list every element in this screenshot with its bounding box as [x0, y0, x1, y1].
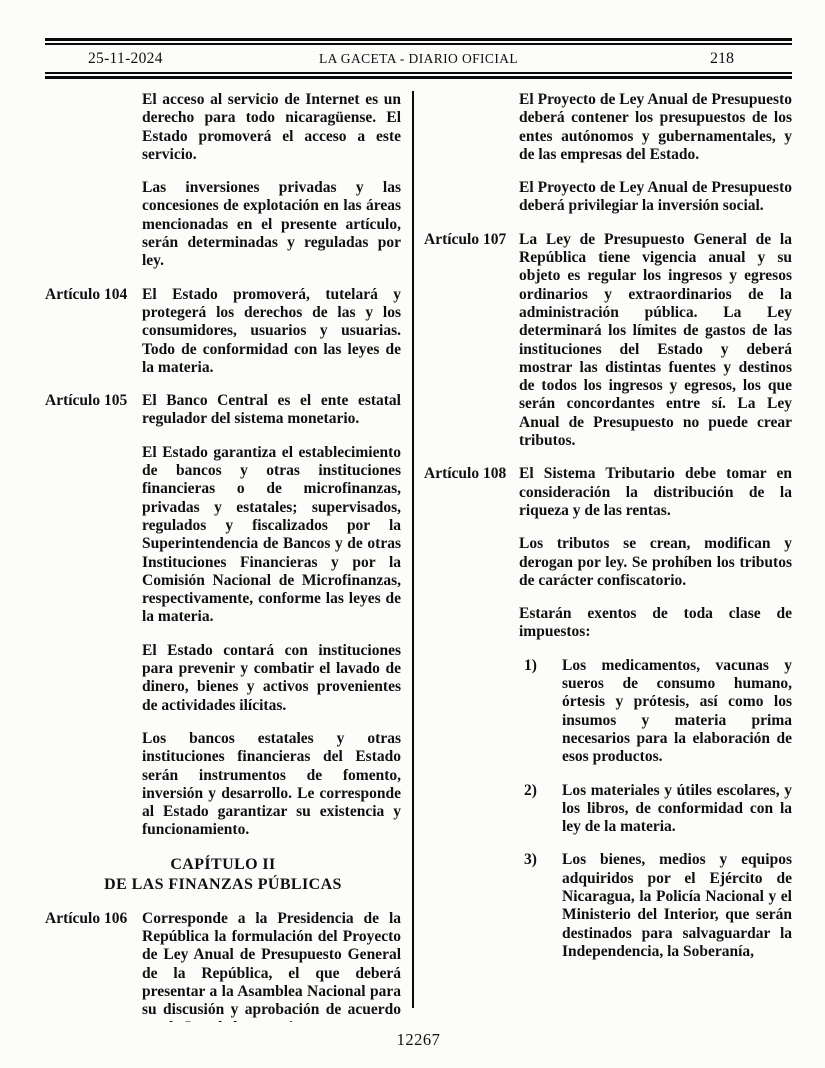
article-108-label: Artículo 108 [424, 465, 519, 520]
paragraph-banks-establishment: El Estado garantiza el establecimiento d… [142, 444, 401, 627]
article-105-label: Artículo 105 [45, 392, 142, 429]
page-footer: 12267 [45, 1022, 792, 1068]
article-106-label: Artículo 106 [45, 910, 142, 1022]
gazette-page: 25-11-2024 LA GACETA - DIARIO OFICIAL 21… [0, 0, 825, 1068]
chapter-heading: CAPÍTULO II DE LAS FINANZAS PÚBLICAS [45, 855, 401, 895]
left-column: El acceso al servicio de Internet es un … [45, 91, 401, 1022]
paragraph-tributes-law: Los tributos se crean, modifican y derog… [519, 535, 792, 590]
paragraph-internet-access: El acceso al servicio de Internet es un … [142, 91, 401, 164]
list-item-2-number: 2) [524, 782, 562, 837]
article-106: Artículo 106 Corresponde a la Presidenci… [45, 910, 401, 1022]
two-column-body: El acceso al servicio de Internet es un … [45, 79, 792, 1022]
article-108-text: El Sistema Tributario debe tomar en cons… [519, 465, 792, 520]
article-106-text: Corresponde a la Presidencia de la Repúb… [142, 910, 401, 1022]
page-header: 25-11-2024 LA GACETA - DIARIO OFICIAL 21… [45, 0, 792, 79]
paragraph-social-investment: El Proyecto de Ley Anual de Presupuesto … [519, 179, 792, 216]
article-107-label: Artículo 107 [424, 231, 519, 451]
article-104-text: El Estado promoverá, tutelará y proteger… [142, 286, 401, 377]
header-row: 25-11-2024 LA GACETA - DIARIO OFICIAL 21… [45, 45, 792, 72]
article-107: Artículo 107 La Ley de Presupuesto Gener… [424, 231, 792, 451]
folio-number: 12267 [397, 1030, 441, 1050]
list-item-2-text: Los materiales y útiles escolares, y los… [562, 782, 792, 837]
list-item-1-text: Los medicamentos, vacunas y sueros de co… [562, 657, 792, 767]
paragraph-budget-content: El Proyecto de Ley Anual de Presupuesto … [519, 91, 792, 164]
list-item-3-text: Los bienes, medios y equipos adquiridos … [562, 851, 792, 961]
article-105-text: El Banco Central es el ente estatal regu… [142, 392, 401, 429]
right-column: El Proyecto de Ley Anual de Presupuesto … [424, 91, 792, 1022]
list-item-1: 1) Los medicamentos, vacunas y sueros de… [524, 657, 792, 767]
paragraph-tax-exempt-intro: Estarán exentos de toda clase de impuest… [519, 605, 792, 642]
chapter-number: CAPÍTULO II [45, 855, 401, 875]
article-107-text: La Ley de Presupuesto General de la Repú… [519, 231, 792, 451]
list-item-3: 3) Los bienes, medios y equipos adquirid… [524, 851, 792, 961]
list-item-3-number: 3) [524, 851, 562, 961]
column-divider [412, 91, 414, 1008]
article-104-label: Artículo 104 [45, 286, 142, 377]
paragraph-money-laundering: El Estado contará con instituciones para… [142, 642, 401, 715]
header-title: LA GACETA - DIARIO OFICIAL [45, 51, 792, 67]
list-item-2: 2) Los materiales y útiles escolares, y … [524, 782, 792, 837]
paragraph-state-banks: Los bancos estatales y otras institucion… [142, 730, 401, 840]
paragraph-private-investments: Las inversiones privadas y las concesion… [142, 179, 401, 270]
list-item-1-number: 1) [524, 657, 562, 767]
chapter-title: DE LAS FINANZAS PÚBLICAS [45, 875, 401, 895]
article-104: Artículo 104 El Estado promoverá, tutela… [45, 286, 401, 377]
article-108: Artículo 108 El Sistema Tributario debe … [424, 465, 792, 520]
article-105: Artículo 105 El Banco Central es el ente… [45, 392, 401, 429]
